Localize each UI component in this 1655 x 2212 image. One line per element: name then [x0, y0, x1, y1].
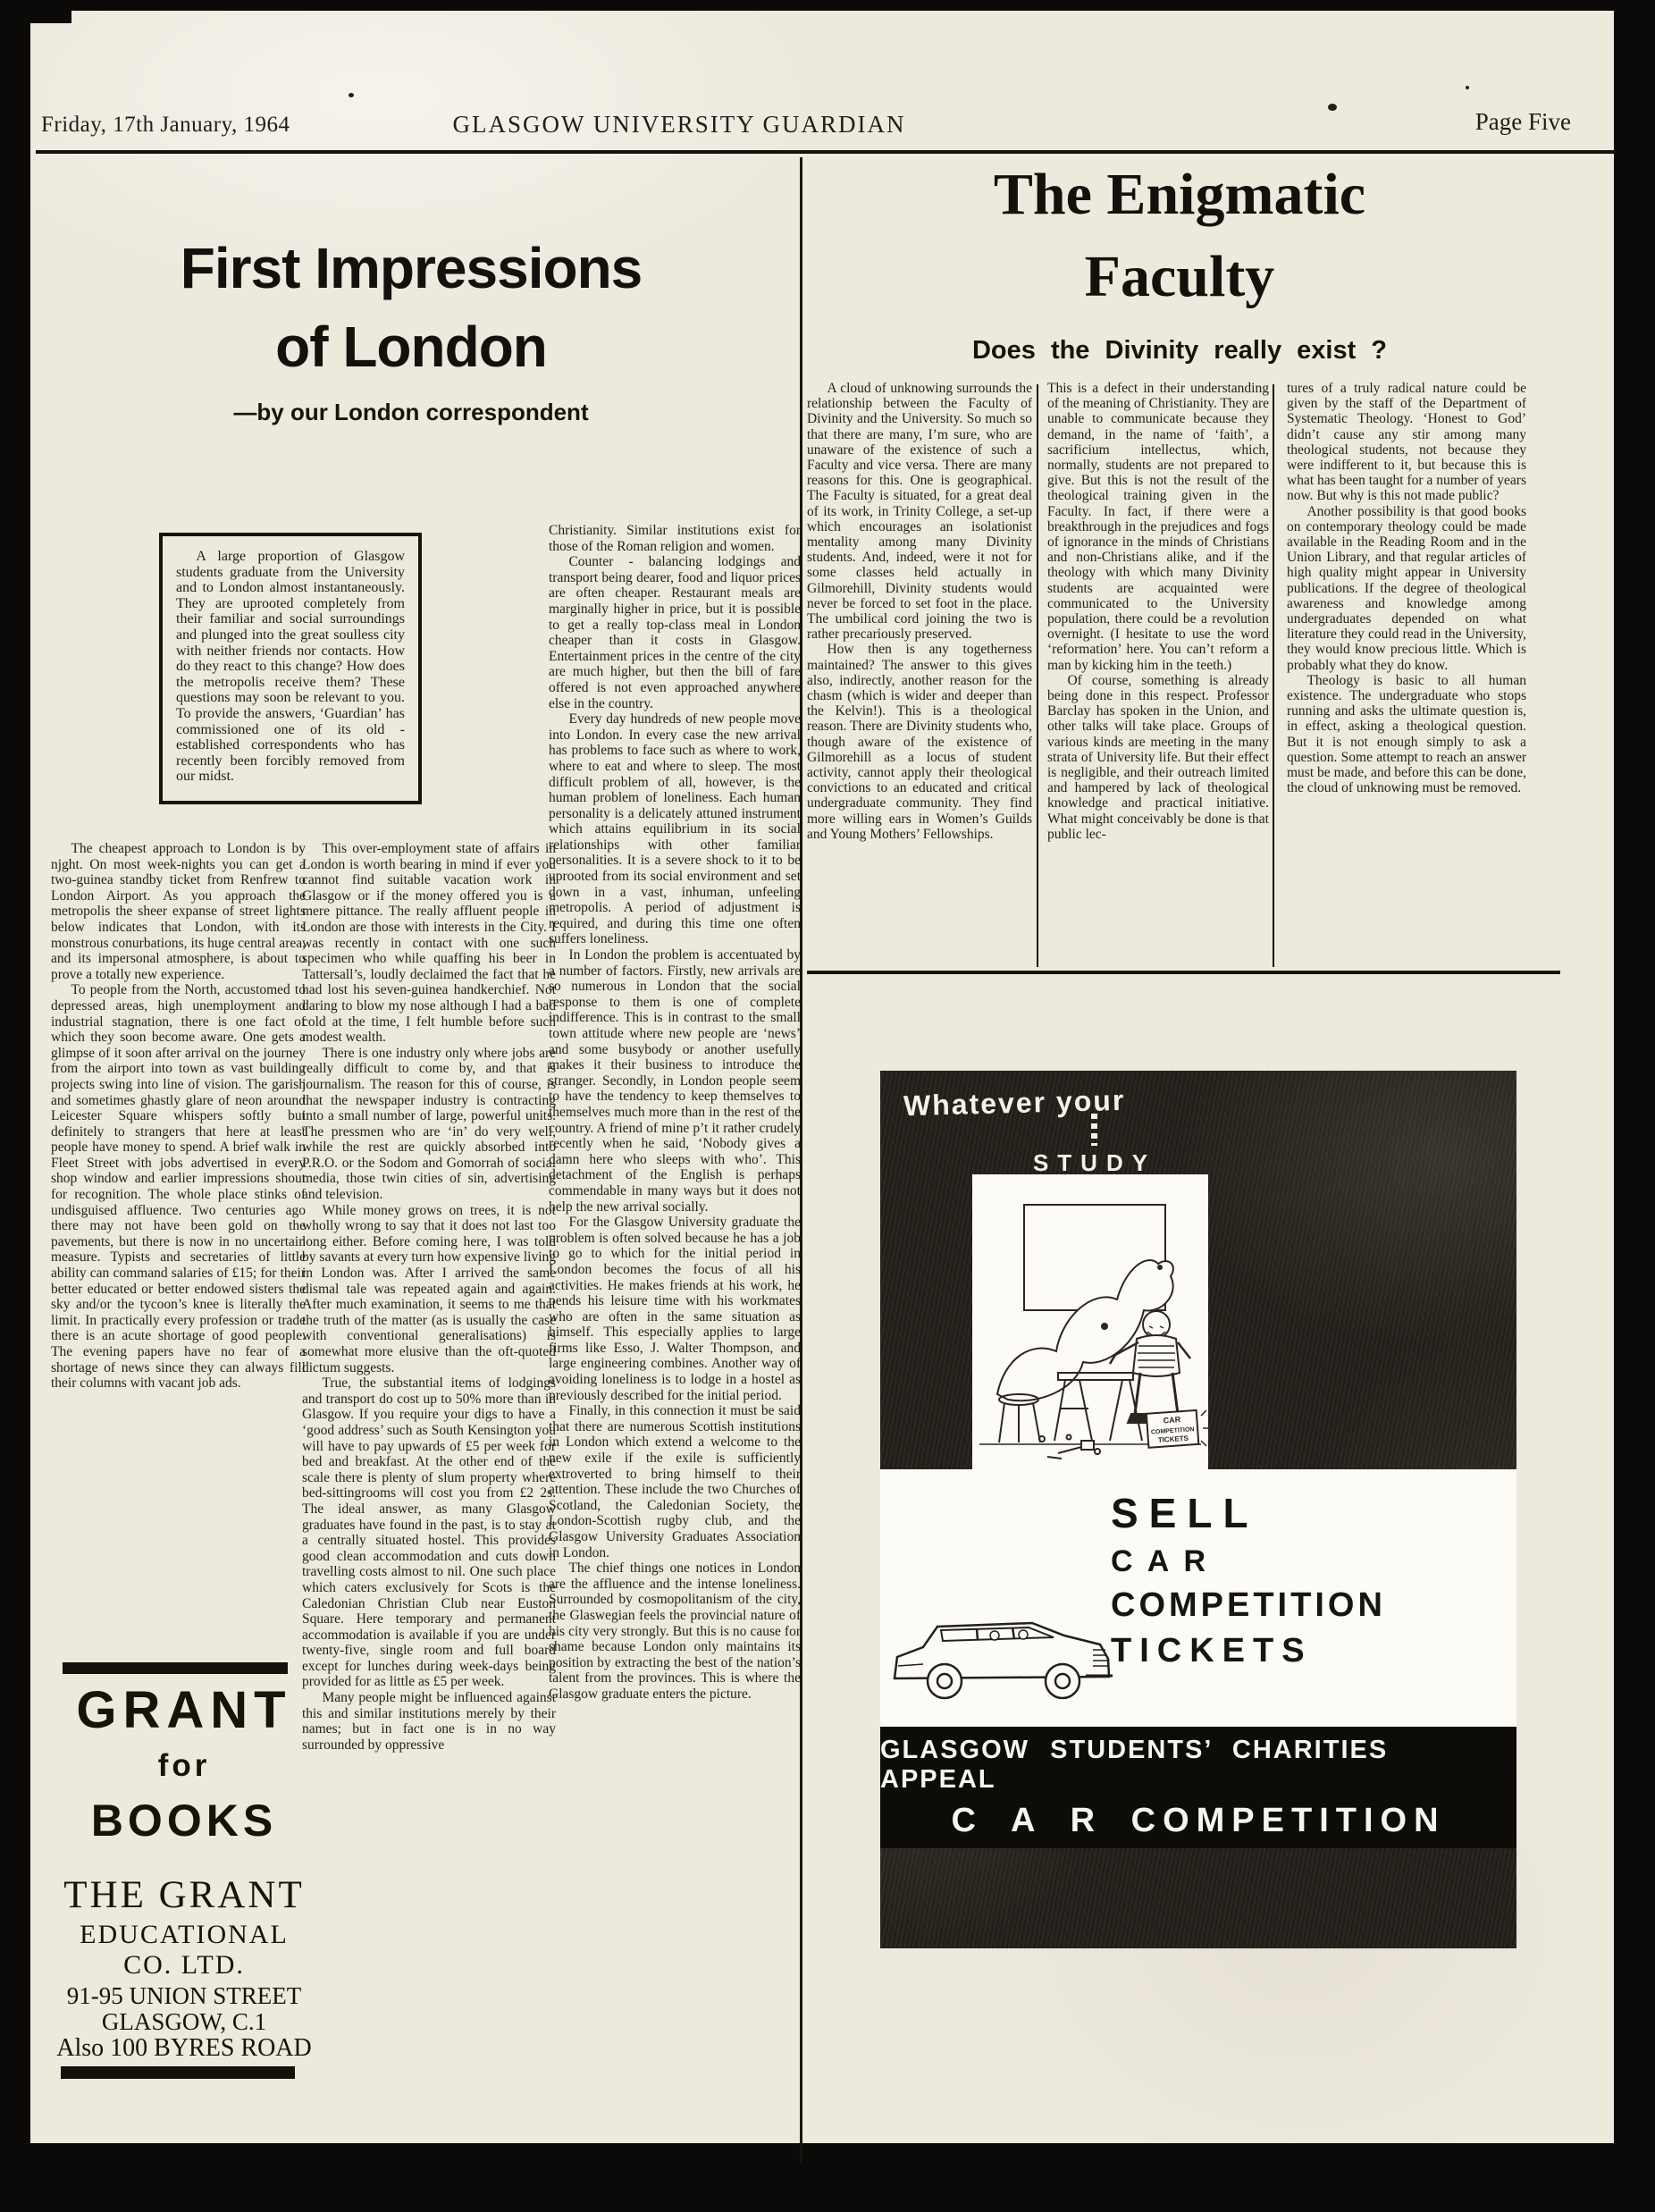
paragraph: Of course, something is already being do… [1047, 673, 1269, 842]
scan-blotch [30, 0, 71, 23]
charities-appeal-band: GLASGOW STUDENTS’ CHARITIES APPEAL C A R… [880, 1727, 1516, 1848]
london-article-headline: First Impressions of London [76, 229, 746, 386]
paragraph: Theology is basic to all human existence… [1287, 673, 1526, 796]
ad-rule-top [63, 1662, 288, 1674]
grant-books-ad: GRANT for BOOKS THE GRANT EDUCATIONAL CO… [55, 1659, 313, 2084]
grant-ad-address: GLASGOW, C.1 [55, 2008, 313, 2036]
sculptor-cartoon: CAR COMPETITION TICKETS [972, 1174, 1208, 1469]
cartoon-sign-text: CAR [1163, 1415, 1181, 1425]
intro-box-text: A large proportion of Glasgow students g… [176, 549, 405, 785]
paragraph: Finally, in this connection it must be s… [549, 1403, 801, 1560]
paragraph: Every day hundreds of new people move in… [549, 711, 801, 947]
dotted-line-decoration [1091, 1114, 1097, 1146]
ad-tagline-study: STUDY [961, 1149, 1229, 1177]
sculptor-cartoon-panel: CAR COMPETITION TICKETS [972, 1174, 1208, 1469]
sell-line: COMPETITION [1111, 1586, 1386, 1625]
faculty-column-rule-2 [1273, 384, 1274, 967]
scan-border-right [1614, 0, 1655, 2212]
prize-car-illustration [887, 1591, 1115, 1716]
scan-border-left [0, 0, 30, 2212]
paragraph: While money grows on trees, it is not wh… [302, 1203, 556, 1376]
london-column-1: The cheapest approach to London is by nj… [51, 841, 306, 1663]
grant-ad-word-for: for [55, 1748, 313, 1784]
paragraph: There is one industry only where jobs ar… [302, 1046, 556, 1203]
faculty-article-headline: The Enigmatic Faculty [831, 154, 1528, 318]
grant-ad-company-name: EDUCATIONAL [55, 1920, 313, 1950]
paragraph: tures of a truly radical nature could be… [1287, 381, 1526, 504]
london-intro-box: A large proportion of Glasgow students g… [159, 533, 422, 804]
paragraph: True, the substantial items of lodgings … [302, 1375, 556, 1690]
grant-ad-company-name: CO. LTD. [55, 1950, 313, 1981]
headline-line: Faculty [831, 236, 1528, 318]
page-number: Page Five [1412, 108, 1571, 136]
paragraph: The chief things one notices in London a… [549, 1560, 801, 1702]
ink-speck [1328, 104, 1337, 111]
london-column-3: Christianity. Similar institutions exist… [549, 523, 801, 2166]
charities-car-competition-ad: Whatever your STUDY [880, 1071, 1516, 1948]
paragraph: Counter - balancing lodgings and transpo… [549, 554, 801, 711]
grant-ad-word-grant: GRANT [55, 1680, 313, 1740]
issue-date: Friday, 17th January, 1964 [41, 113, 290, 138]
appeal-band-line: GLASGOW STUDENTS’ CHARITIES APPEAL [880, 1736, 1516, 1795]
ad-lower-panel: SELL C A R COMPETITION TICKETS [880, 1469, 1516, 1727]
paragraph: In London the problem is accentuated by … [549, 947, 801, 1215]
paragraph: How then is any togetherness maintained?… [807, 642, 1032, 842]
ink-speck [1466, 86, 1469, 89]
paragraph: For the Glasgow University graduate the … [549, 1215, 801, 1403]
headline-line: First Impressions [76, 229, 746, 307]
ink-speck [349, 93, 354, 97]
paragraph: This over-employment state of affairs in… [302, 841, 556, 1046]
paragraph: To people from the North, accustomed to … [51, 982, 306, 1391]
paragraph: Another possibility is that good books o… [1287, 504, 1526, 673]
paragraph: A cloud of unknowing surrounds the relat… [807, 381, 1032, 642]
paragraph: The cheapest approach to London is by nj… [51, 841, 306, 982]
sell-line: SELL [1111, 1489, 1386, 1537]
grant-ad-address: 91-95 UNION STREET [55, 1982, 313, 2010]
grant-ad-word-books: BOOKS [55, 1795, 313, 1846]
sell-line: C A R [1111, 1544, 1386, 1579]
faculty-column-3: tures of a truly radical nature could be… [1287, 381, 1526, 981]
ad-rule-bottom [61, 2066, 295, 2079]
paragraph: Many people might be influenced against … [302, 1690, 556, 1753]
headline-line: The Enigmatic [831, 154, 1528, 236]
london-column-2: This over-employment state of affairs in… [302, 841, 556, 2166]
faculty-column-2: This is a defect in their understanding … [1047, 381, 1269, 971]
grant-ad-company-name: THE GRANT [55, 1873, 313, 1917]
scan-border-bottom [0, 2143, 1655, 2212]
faculty-column-1: A cloud of unknowing surrounds the relat… [807, 381, 1032, 971]
faculty-column-rule-1 [1037, 384, 1038, 967]
london-article-byline: —by our London correspondent [76, 399, 746, 426]
grant-ad-address: Also 100 BYRES ROAD [55, 2034, 313, 2063]
headline-line: of London [76, 307, 746, 386]
paragraph: Christianity. Similar institutions exist… [549, 523, 801, 554]
paragraph: This is a defect in their understanding … [1047, 381, 1269, 673]
masthead: GLASGOW UNIVERSITY GUARDIAN [447, 111, 912, 139]
faculty-article-subhead: Does the Divinity really exist ? [831, 336, 1528, 366]
sell-line: TICKETS [1111, 1632, 1386, 1670]
appeal-band-line: C A R COMPETITION [951, 1802, 1445, 1840]
sell-tickets-text: SELL C A R COMPETITION TICKETS [1111, 1489, 1386, 1678]
scan-border-top [0, 0, 1655, 11]
